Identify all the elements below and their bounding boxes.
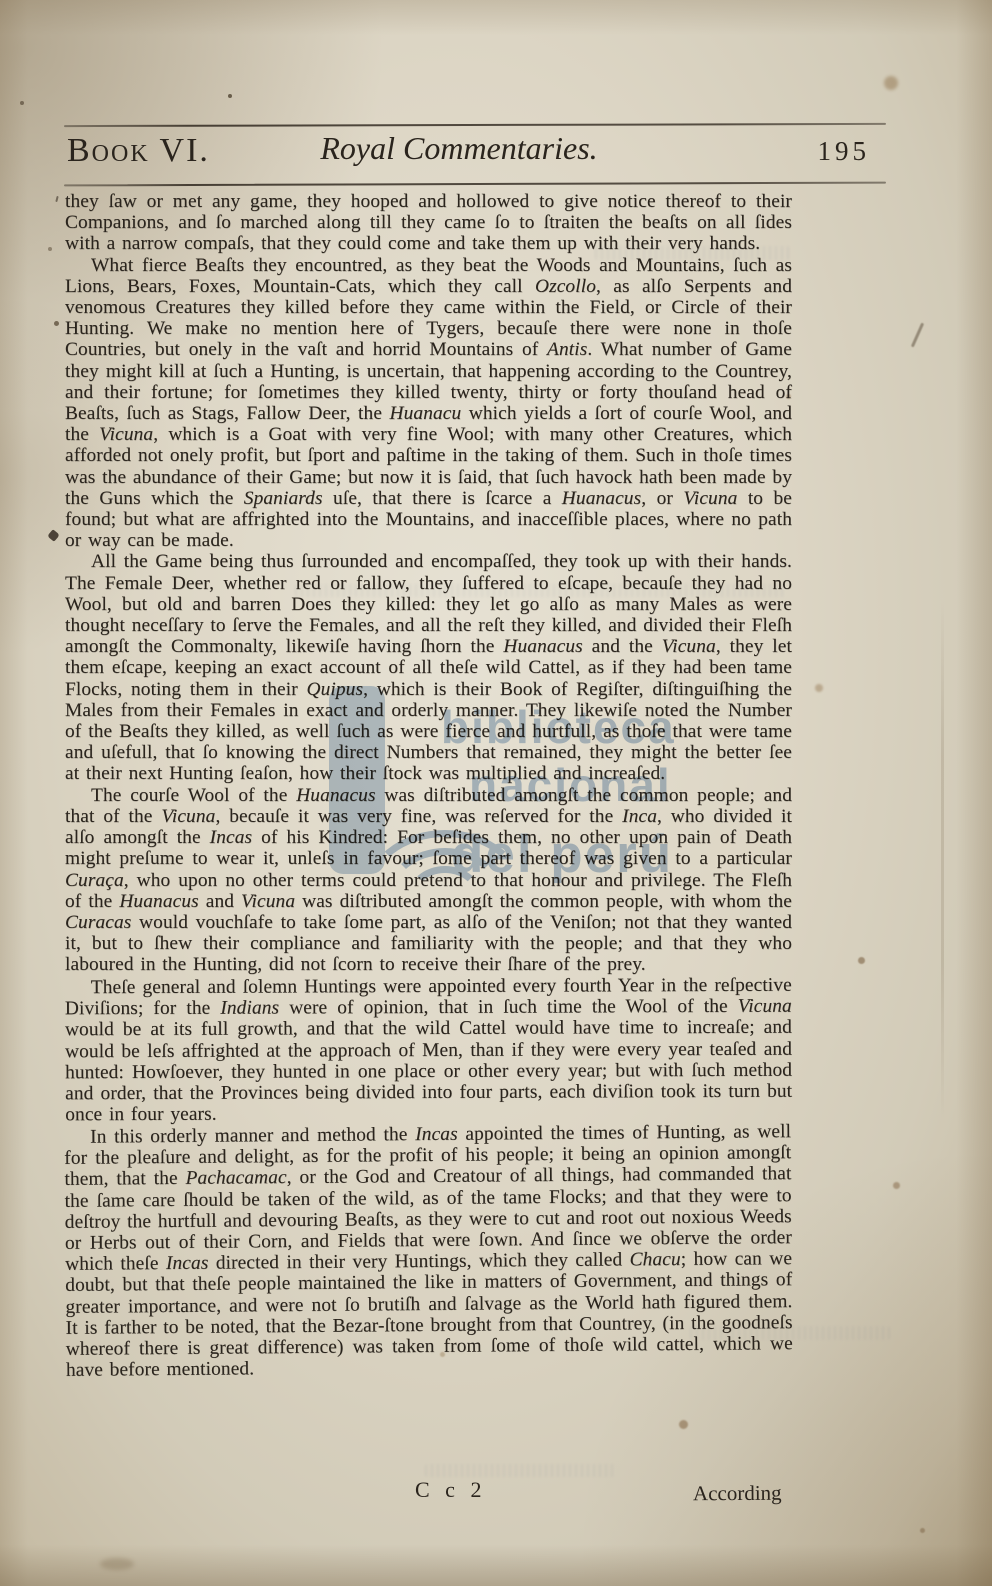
- bleed-through-text: [425, 1464, 615, 1477]
- text-segment: , becauſe it was very fine, was reſerved…: [215, 806, 622, 827]
- italic-term: Vicuna: [683, 488, 737, 509]
- text-segment: and: [199, 891, 241, 912]
- italic-term: Vicuna: [662, 636, 716, 657]
- italic-term: Vicuna: [241, 891, 295, 912]
- italic-term: Quipus: [306, 679, 363, 700]
- italic-term: Huanacus: [119, 891, 198, 912]
- ink-speck: [20, 101, 24, 105]
- italic-term: Inca: [622, 806, 657, 827]
- ink-speck: [54, 321, 59, 326]
- text-segment: would be at its full growth, and that th…: [65, 1017, 792, 1125]
- italic-term: Curacas: [65, 912, 131, 933]
- text-segment: they ſaw or met any game, they hooped an…: [65, 191, 792, 254]
- paragraph-5: Theſe general and ſolemn Huntings were a…: [65, 974, 793, 1125]
- paragraph-3: All the Game being thus ſurrounded and e…: [65, 551, 792, 784]
- margin-mark: [47, 529, 60, 542]
- paper-crease: [941, 600, 944, 1120]
- text-segment: were of opinion, that in ſuch time the W…: [279, 996, 738, 1019]
- text-segment: The courſe Wool of the: [91, 785, 296, 806]
- text-segment: and the: [583, 636, 662, 657]
- page-number: 195: [818, 136, 871, 167]
- italic-term: Antis: [547, 339, 587, 360]
- paper-scratch: [911, 323, 924, 348]
- italic-term: Vicuna: [161, 806, 215, 827]
- book-page-scan: Book VI. Royal Commentaries. 195 bibliot…: [0, 0, 992, 1586]
- italic-term: Huanacus: [503, 636, 582, 657]
- paragraph-2: What fierce Beaſts they encountred, as t…: [65, 255, 792, 552]
- foxing-spot: [893, 1182, 900, 1189]
- ink-speck: [48, 247, 52, 251]
- italic-term: Huanacu: [390, 403, 462, 424]
- text-segment: was diſtributed amongſt the common peopl…: [295, 891, 792, 912]
- text-segment: would vouchſafe to take ſome part, as al…: [65, 912, 792, 975]
- paragraph-1: they ſaw or met any game, they hooped an…: [65, 191, 792, 255]
- italic-term: Incas: [166, 1253, 209, 1274]
- catchword: According: [693, 1481, 782, 1507]
- page-footer: C c 2 According: [65, 1477, 792, 1511]
- foxing-spot: [679, 1420, 688, 1429]
- italic-term: Huanacus: [562, 488, 641, 509]
- signature-mark: C c 2: [415, 1477, 486, 1503]
- running-title: Royal Commentaries.: [304, 130, 614, 167]
- italic-term: Chacu: [630, 1249, 681, 1270]
- foxing-spot: [100, 1558, 134, 1570]
- text-segment: In this orderly manner and method the: [90, 1124, 415, 1148]
- text-segment: , or: [641, 488, 683, 509]
- stray-ink-mark: [55, 196, 58, 202]
- body-text: they ſaw or met any game, they hooped an…: [65, 191, 792, 1378]
- book-label: Book VI.: [67, 132, 210, 170]
- header-rule-bottom: [64, 182, 886, 187]
- page-header: Book VI. Royal Commentaries. 195: [64, 127, 886, 179]
- ink-speck: [228, 94, 232, 98]
- italic-term: Curaça: [65, 870, 124, 891]
- italic-term: Huanacus: [296, 785, 375, 806]
- foxing-spot: [884, 76, 898, 90]
- italic-term: Ozcollo: [535, 276, 596, 297]
- italic-term: Spaniards: [244, 488, 323, 509]
- italic-term: Vicuna: [99, 424, 153, 445]
- text-segment: directed in their very Huntings, which t…: [208, 1250, 629, 1274]
- italic-term: Vicuna: [738, 995, 792, 1016]
- italic-term: Incas: [415, 1124, 458, 1145]
- italic-term: Pachacamac: [185, 1167, 286, 1189]
- foxing-spot: [815, 684, 823, 692]
- paragraph-4: The courſe Wool of the Huanacus was diſt…: [65, 785, 792, 976]
- foxing-spot: [858, 957, 865, 964]
- foxing-spot: [920, 1528, 925, 1533]
- paragraph-6: In this orderly manner and method the In…: [64, 1121, 793, 1381]
- italic-term: Incas: [210, 827, 253, 848]
- italic-term: Indians: [220, 997, 279, 1018]
- text-segment: uſe, that there is ſcarce a: [323, 488, 562, 509]
